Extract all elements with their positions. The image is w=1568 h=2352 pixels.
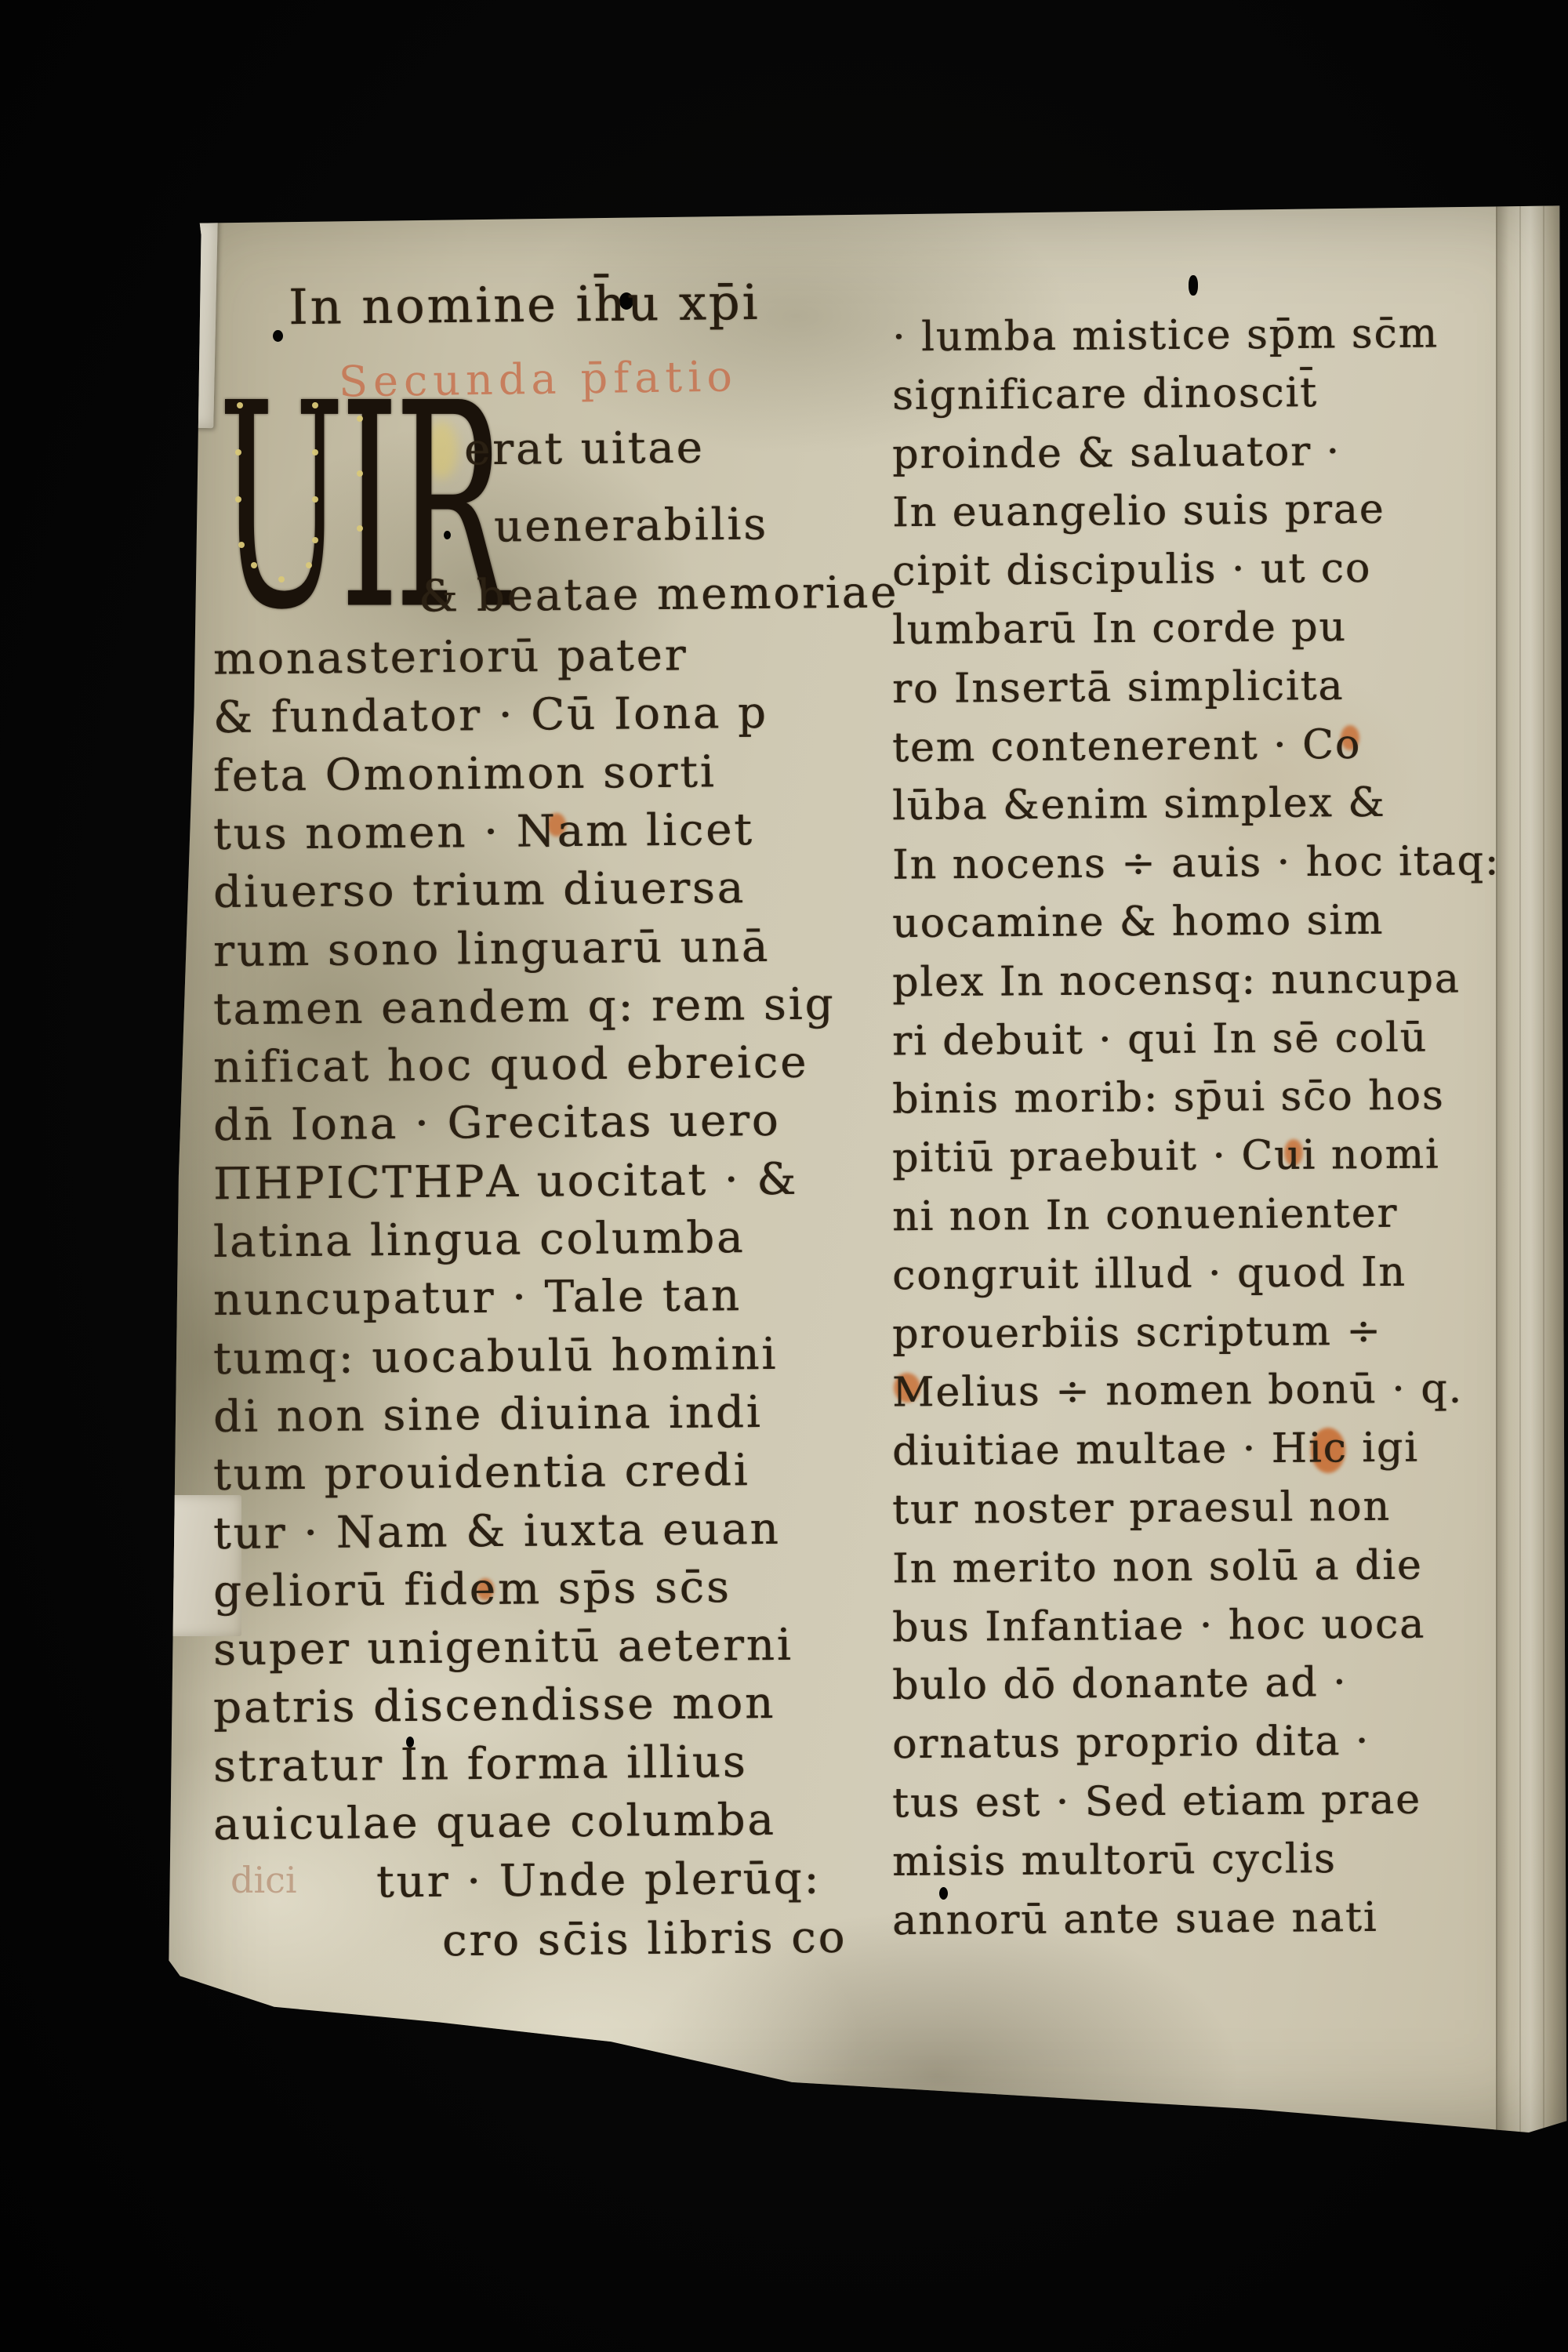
manuscript-photo: In nomine ih̄u xp̄i Secunda p̄fatio UIR … xyxy=(0,0,1568,2352)
text-line: In nocens ÷ auis · hoc itaq: xyxy=(892,837,1501,888)
text-line: binis morib: sp̄ui sc̄o hos xyxy=(892,1073,1445,1123)
text-line: ornatus proprio dita · xyxy=(892,1718,1370,1768)
text-line: tum prouidentia credi xyxy=(213,1445,750,1501)
text-line: diuitiae multae · Hic igi xyxy=(892,1425,1419,1475)
text-line: prouerbiis scriptum ÷ xyxy=(892,1308,1382,1358)
initial-dot-ornament xyxy=(312,402,318,408)
text-line: pitiū praebuit · Cui nomi xyxy=(892,1131,1440,1182)
text-line: tus est · Sed etiam prae xyxy=(892,1777,1421,1828)
text-line: ΠΗΡΙCΤΗΡΑ uocitat · & xyxy=(213,1154,799,1210)
text-line: stratur In forma illius xyxy=(213,1737,748,1792)
text-line: tamen eandem q: rem sig xyxy=(213,979,836,1036)
text-line: proinde & saluator · xyxy=(892,428,1341,478)
initial-dot-ornament xyxy=(238,542,245,548)
text-line: patris discendisse mon xyxy=(213,1678,776,1733)
text-line: nificat hoc quod ebreice xyxy=(213,1037,809,1094)
initial-dot-ornament xyxy=(312,537,318,543)
text-line: & beatae memoriae xyxy=(419,567,899,622)
text-line: cro sc̄is libris co xyxy=(442,1912,848,1967)
worm-hole xyxy=(251,2011,257,2027)
text-line: · lumba mistice sp̄m sc̄m xyxy=(892,310,1439,361)
initial-dot-ornament xyxy=(357,525,363,532)
manuscript-page: In nomine ih̄u xp̄i Secunda p̄fatio UIR … xyxy=(165,200,1568,2132)
initial-dot-ornament xyxy=(306,562,312,568)
text-line: significare dinoscit̄ xyxy=(892,369,1318,419)
text-line: misis multorū cyclis xyxy=(892,1835,1337,1886)
page-fore-edge xyxy=(1496,200,1568,2132)
text-line: lūba &enim simplex & xyxy=(892,779,1386,829)
text-line: bus Infantiae · hoc uoca xyxy=(892,1601,1425,1652)
worm-hole xyxy=(1189,275,1198,296)
text-line: uenerabilis xyxy=(494,499,768,552)
text-line: uocamine & homo sim xyxy=(892,897,1384,947)
worm-hole xyxy=(273,330,283,342)
text-line: tumq: uocabulū homini xyxy=(213,1329,779,1385)
text-line: tem contenerent · Co xyxy=(892,721,1361,771)
initial-dot-ornament xyxy=(251,562,257,568)
text-line: auiculae quae columba xyxy=(213,1795,776,1850)
text-line: tur · Unde plerūq: xyxy=(376,1853,822,1908)
text-line: super unigenitū aeterni xyxy=(213,1620,793,1675)
text-line: geliorū fidem sp̄s sc̄s xyxy=(213,1562,731,1617)
incipit-heading: In nomine ih̄u xp̄i xyxy=(289,274,760,336)
faded-text-remnant: dici xyxy=(230,1859,297,1901)
text-line: erat uitae xyxy=(464,423,705,476)
text-line: rum sono linguarū unā xyxy=(213,921,771,977)
initial-dot-ornament xyxy=(357,416,363,422)
text-line: ro Insertā simplicita xyxy=(892,662,1345,713)
text-line: In merito non solū a die xyxy=(892,1542,1423,1593)
text-line: diuerso trium diuersa xyxy=(213,862,746,918)
repair-patch-top-left xyxy=(119,216,218,428)
text-line: congruit illud · quod In xyxy=(892,1249,1406,1300)
initial-dot-ornament xyxy=(312,496,318,503)
text-line: monasteriorū pater xyxy=(213,630,688,684)
text-line: ni non In conuenienter xyxy=(892,1190,1399,1241)
text-line: ri debuit · qui In sē colū xyxy=(892,1014,1428,1065)
text-line: plex In nocensq: nuncupa xyxy=(892,955,1461,1006)
initial-dot-ornament xyxy=(278,576,285,583)
text-line: latina lingua columba xyxy=(213,1212,746,1268)
text-line: & fundator · Cū Iona p xyxy=(213,688,768,743)
text-line: cipit discipulis · ut co xyxy=(892,545,1372,595)
text-line: bulo dō donante ad · xyxy=(892,1659,1348,1709)
text-line: dn̄ Iona · Grecitas uero xyxy=(213,1095,781,1151)
initial-dot-ornament xyxy=(312,449,318,456)
initial-dot-ornament xyxy=(237,402,243,408)
initial-dot-ornament xyxy=(235,449,241,456)
initial-dot-ornament xyxy=(357,470,363,477)
text-line: feta Omonimon sorti xyxy=(213,746,717,802)
text-line: lumbarū In corde pu xyxy=(892,604,1347,654)
text-line: tus nomen · Nam licet xyxy=(213,804,754,860)
text-line: tur noster praesul non xyxy=(892,1483,1391,1534)
text-line: di non sine diuina indi xyxy=(213,1387,763,1443)
text-line: Melius ÷ nomen bonū · q. xyxy=(892,1365,1463,1416)
initial-dot-ornament xyxy=(235,496,241,503)
text-line: nuncupatur · Tale tan xyxy=(213,1270,742,1326)
worm-hole xyxy=(644,2082,652,2091)
text-line: tur · Nam & iuxta euan xyxy=(213,1504,781,1559)
text-line: annorū ante suae nati xyxy=(892,1894,1378,1944)
text-line: In euangelio suis prae xyxy=(892,486,1385,536)
